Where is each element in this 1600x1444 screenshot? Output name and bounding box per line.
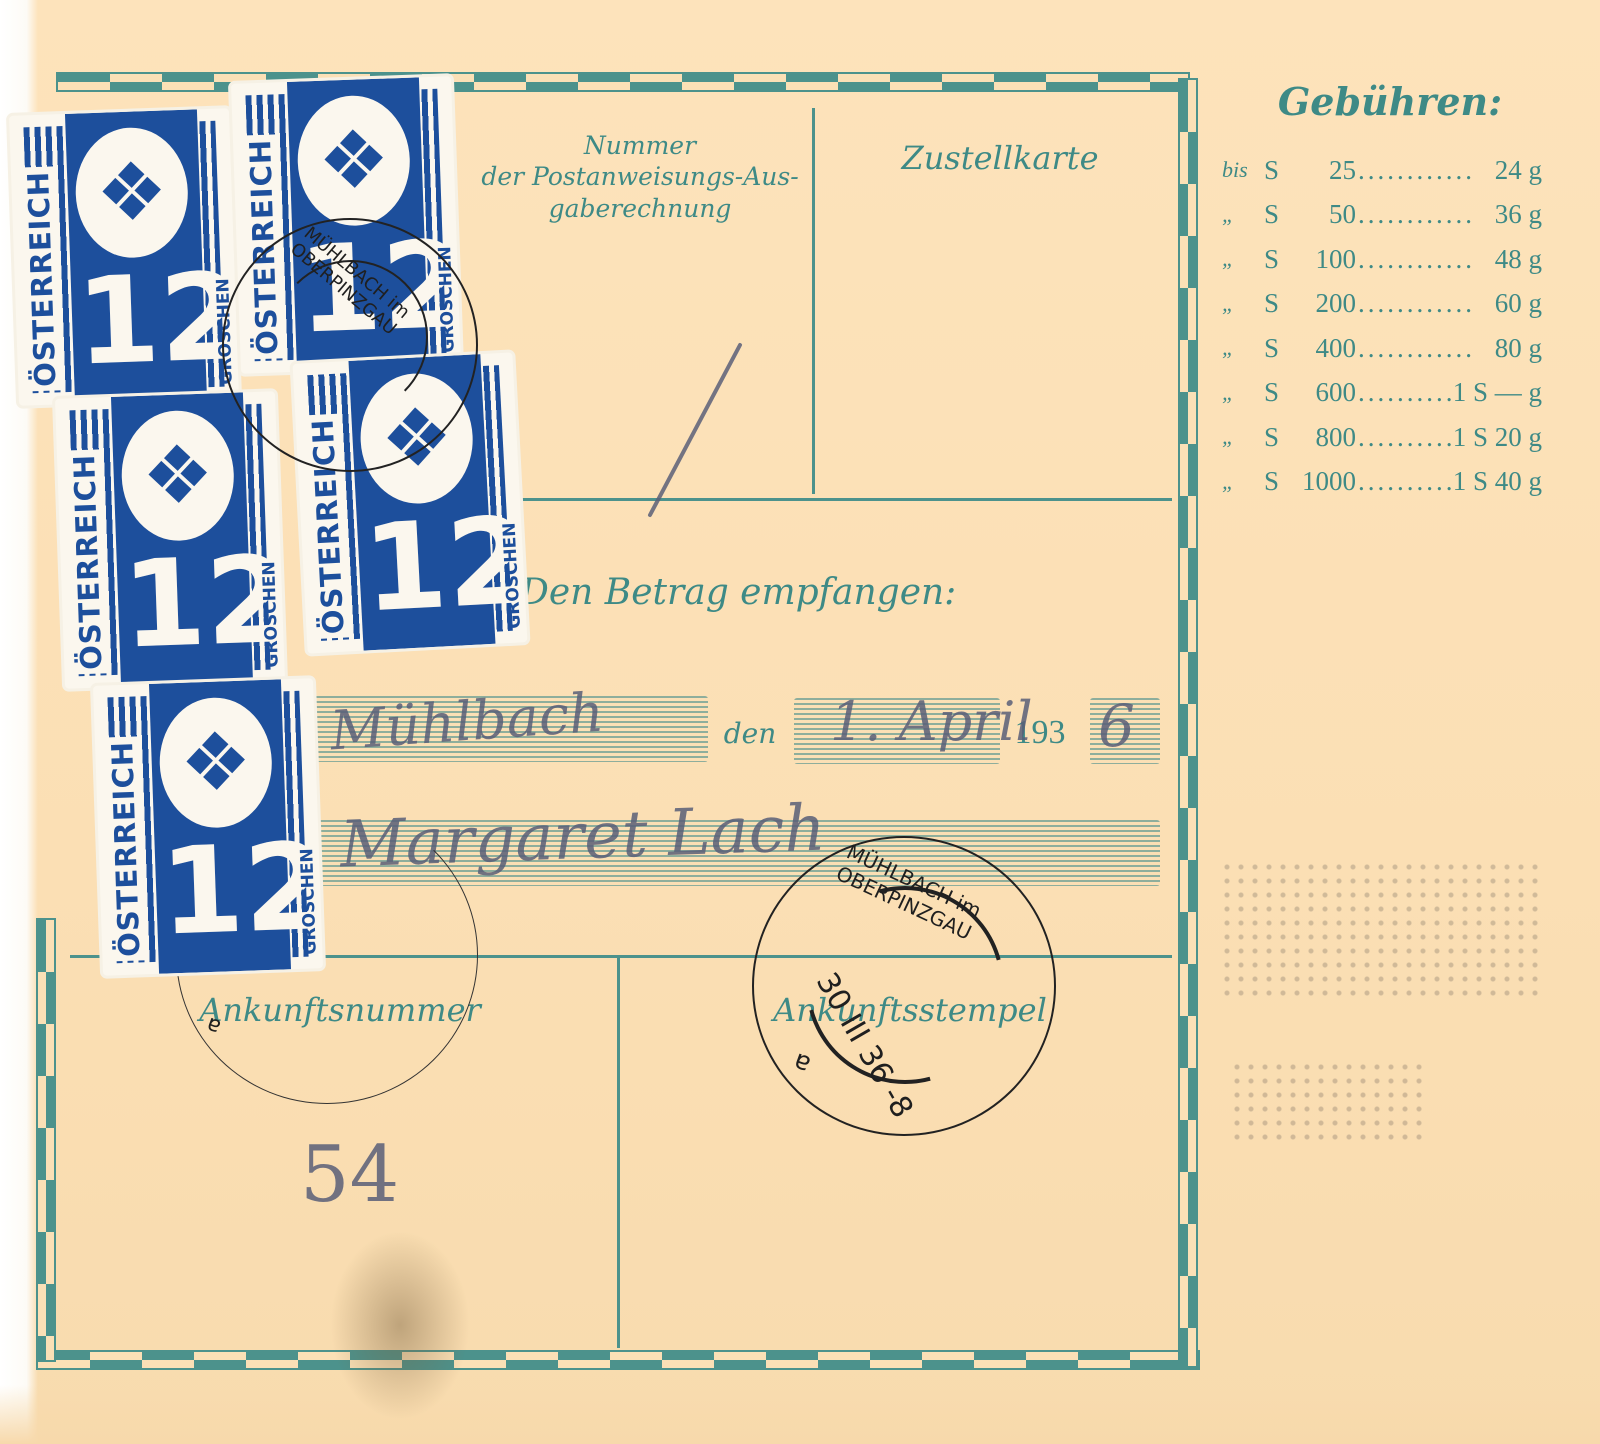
divider-header-bottom [460,498,1172,501]
fee-limit: 50 [1296,199,1356,230]
fee-leader-dots: ............ [1356,288,1495,319]
fee-limit: 1000 [1296,466,1356,497]
fee-leader-dots: ............ [1356,466,1453,497]
fee-leader-dots: ............ [1356,333,1495,364]
frame-border-left [38,920,54,1360]
fee-prefix: „ [1222,380,1264,406]
frame-border-top [58,74,1188,90]
fee-row: „S400............80 g [1222,326,1542,371]
header-delivery-card-label: Zustellkarte [850,138,1150,178]
fee-limit: 600 [1296,377,1356,408]
fee-prefix: bis [1222,157,1264,183]
fee-currency: S [1264,466,1296,497]
handwritten-arrival-number: 54 [300,1130,399,1220]
fee-limit: 200 [1296,288,1356,319]
torn-edge-bottom [0,1385,1600,1444]
fee-row: „S1000............1 S 40 g [1222,460,1542,505]
fee-prefix: „ [1222,424,1264,450]
stamp-currency: GROSCHEN [259,561,283,668]
fee-amount: 1 S 40 g [1453,466,1542,497]
fee-amount: 60 g [1495,288,1542,319]
fee-currency: S [1264,244,1296,275]
date-connector: den [720,716,780,751]
fee-currency: S [1264,288,1296,319]
header-number-line1: Nummer [470,130,810,161]
fee-amount: 1 S 20 g [1453,422,1542,453]
fee-currency: S [1264,422,1296,453]
fee-limit: 800 [1296,422,1356,453]
fee-currency: S [1264,155,1296,186]
header-number-line3: gaberechnung [470,193,810,224]
fee-row: „S200............60 g [1222,282,1542,327]
fee-leader-dots: ............ [1356,244,1495,275]
fee-currency: S [1264,333,1296,364]
fee-row: „S50............36 g [1222,193,1542,238]
divider-header-vertical [812,108,815,494]
handwritten-year-digit: 6 [1098,692,1135,760]
fee-row: „S600............1 S — g [1222,371,1542,416]
frame-border-bottom [38,1352,1198,1368]
ink-stain [330,1230,470,1420]
fee-amount: 80 g [1495,333,1542,364]
fee-amount: 36 g [1495,199,1542,230]
fee-leader-dots: ............ [1356,422,1453,453]
fee-prefix: „ [1222,246,1264,272]
divider-arrival-vertical [617,958,620,1348]
receipt-heading: Den Betrag empfangen: [520,570,1000,615]
fee-limit: 100 [1296,244,1356,275]
postage-due-stamp: ❖12ÖSTERREICHGROSCHEN [9,108,239,406]
postage-due-stamp: ❖12ÖSTERREICHGROSCHEN [93,678,323,976]
fees-table: bisS25............24 g„S50............36… [1222,148,1542,504]
frame-border-right [1180,80,1196,1366]
offset-ink-smudge [1220,860,1540,1000]
fee-row: bisS25............24 g [1222,148,1542,193]
fee-amount: 48 g [1495,244,1542,275]
handwritten-date: 1. April [830,690,1033,753]
fee-row: „S800............1 S 20 g [1222,415,1542,460]
fee-limit: 400 [1296,333,1356,364]
pencil-check-mark [640,340,750,520]
fee-limit: 25 [1296,155,1356,186]
stamp-cancellation: MÜHLBACH im OBERPINZGAU [222,218,478,472]
fee-prefix: „ [1222,202,1264,228]
fee-amount: 1 S — g [1453,377,1542,408]
header-number-label: Nummer der Postanweisungs-Aus- gaberechn… [470,130,810,224]
fee-currency: S [1264,377,1296,408]
fees-title: Gebühren: [1270,78,1510,126]
fee-leader-dots: ............ [1356,155,1495,186]
fee-prefix: „ [1222,291,1264,317]
stamp-currency: GROSCHEN [297,848,321,955]
fee-leader-dots: ............ [1356,377,1453,408]
fee-amount: 24 g [1495,155,1542,186]
postmark-letter: a [203,1011,224,1039]
fee-prefix: „ [1222,469,1264,495]
postmark-letter: a [789,1046,814,1080]
fee-prefix: „ [1222,335,1264,361]
fee-leader-dots: ............ [1356,199,1495,230]
postage-due-stamp: ❖12ÖSTERREICHGROSCHEN [55,391,285,689]
offset-ink-smudge [1230,1060,1430,1140]
arrival-postmark: MÜHLBACH im OBERPINZGAU 30 III 36 -8 a [752,836,1056,1136]
fee-row: „S100............48 g [1222,237,1542,282]
fee-currency: S [1264,199,1296,230]
header-number-line2: der Postanweisungs-Aus- [470,161,810,192]
